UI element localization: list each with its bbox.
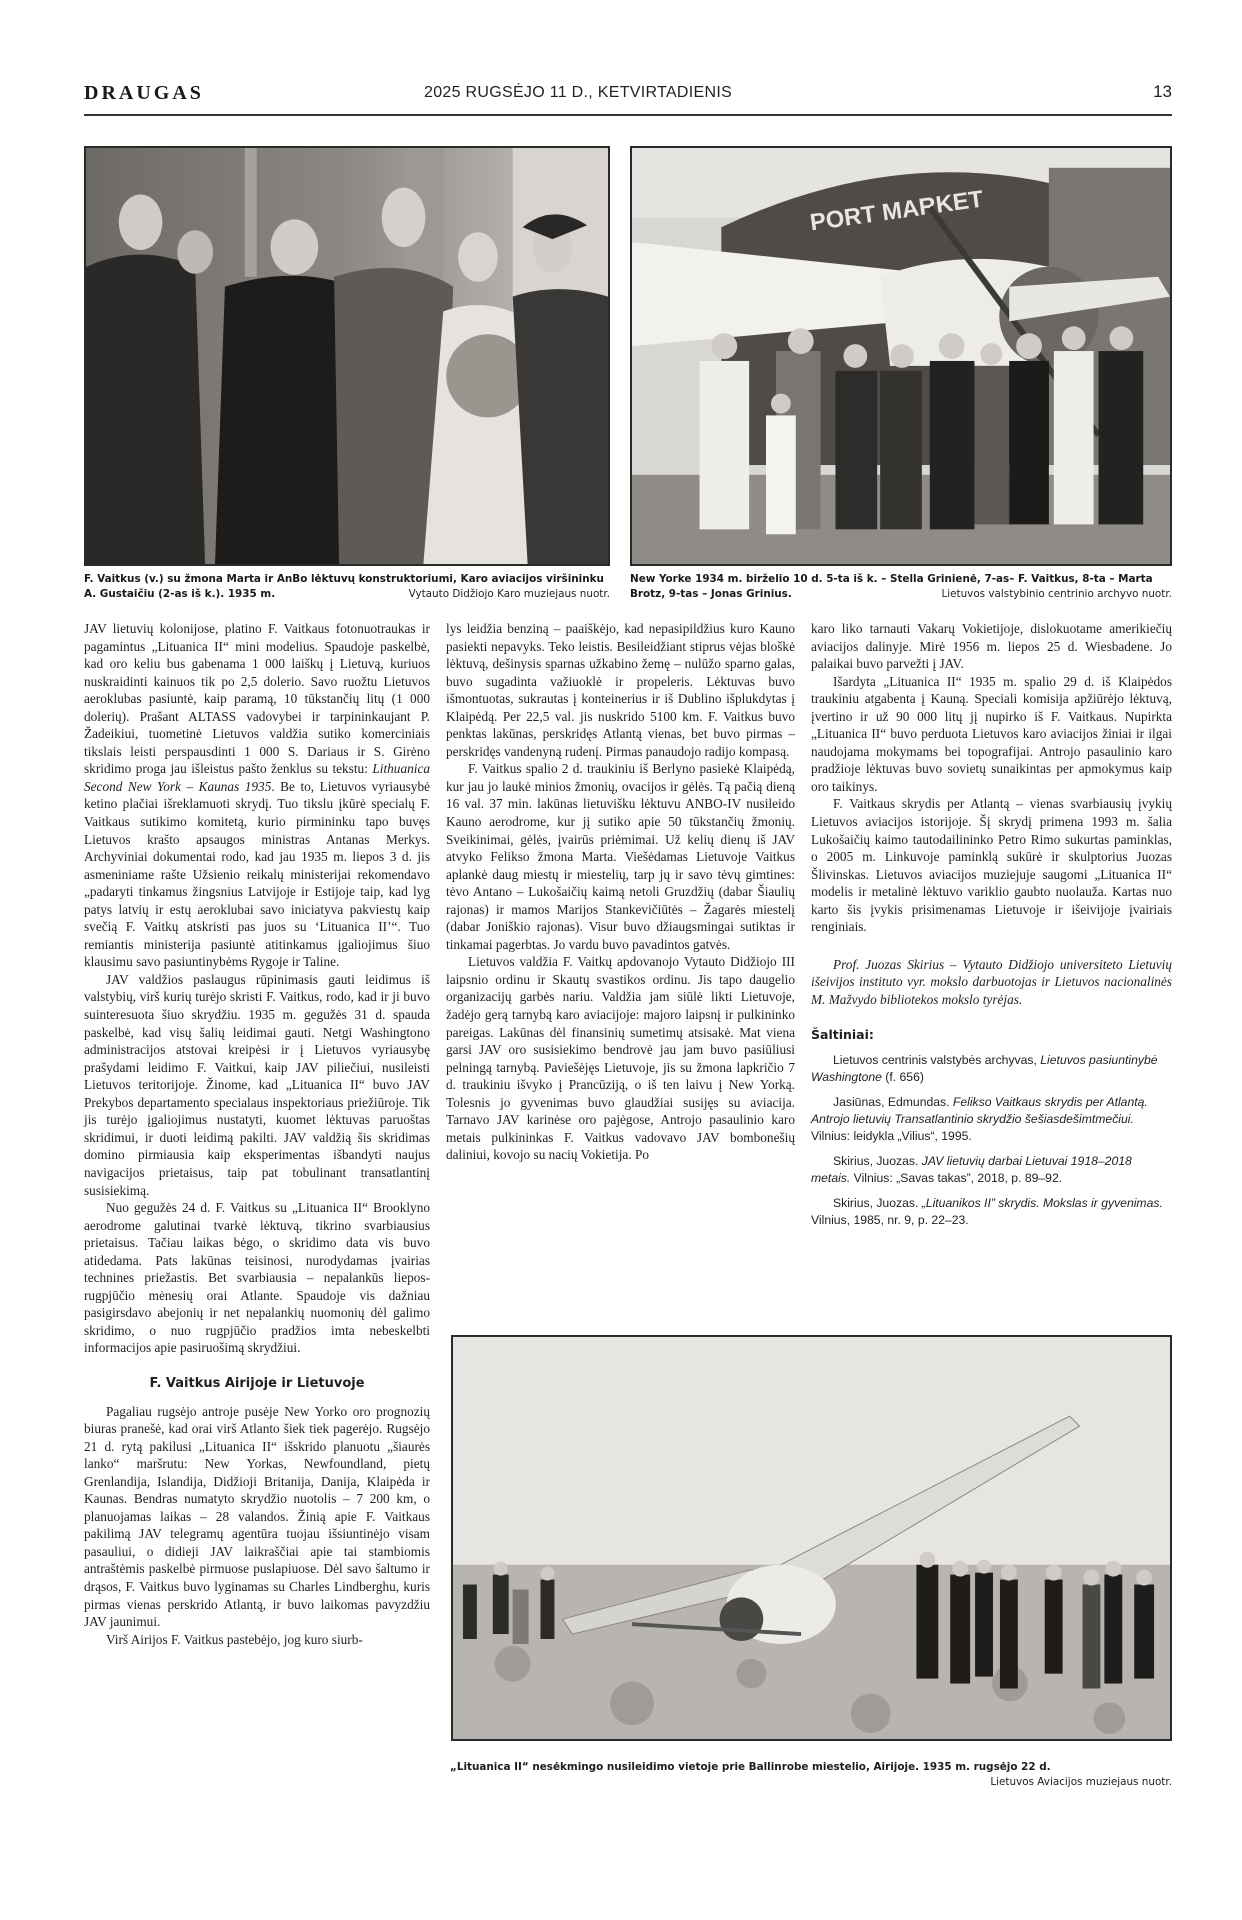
paragraph: karo liko tarnauti Vakarų Vokietijoje, d… <box>811 620 1172 673</box>
photo-credit: Vytauto Didžiojo Karo muziejaus nuotr. <box>409 587 610 602</box>
photo-caption: New Yorke 1934 m. birželio 10 d. 5-ta iš… <box>630 572 1172 602</box>
article-column-1: JAV lietuvių kolonijose, platino F. Vait… <box>84 620 430 1648</box>
page-header: DRAUGAS 2025 RUGSĖJO 11 D., KETVIRTADIEN… <box>84 74 1172 114</box>
source-entry: Lietuvos centrinis valstybės archyvas, L… <box>811 1052 1172 1086</box>
paragraph: lys leidžia benziną – paaiškėjo, kad nep… <box>446 620 795 760</box>
source-entry: Jasiūnas, Edmundas. Felikso Vaitkaus skr… <box>811 1094 1172 1145</box>
airplane-group-image: PORT MARKET <box>632 148 1170 564</box>
section-subheading: F. Vaitkus Airijoje ir Lietuvoje <box>84 1375 430 1393</box>
paragraph: JAV valdžios paslaugus rūpinimasis gauti… <box>84 971 430 1199</box>
sources-heading: Šaltiniai: <box>811 1026 1172 1044</box>
photo-caption: „Lituanica II“ nesėkmingo nusileidimo vi… <box>450 1760 1172 1790</box>
photo-crash-site <box>451 1335 1172 1741</box>
paragraph: Virš Airijos F. Vaitkus pastebėjo, jog k… <box>84 1631 430 1649</box>
paragraph: F. Vaitkus spalio 2 d. traukiniu iš Berl… <box>446 760 795 953</box>
article-column-2: lys leidžia benziną – paaiškėjo, kad nep… <box>446 620 795 1164</box>
paragraph: Pagaliau rugsėjo antroje pusėje New York… <box>84 1403 430 1631</box>
photo-caption: F. Vaitkus (v.) su žmona Marta ir AnBo l… <box>84 572 610 602</box>
paragraph: Nuo gegužės 24 d. F. Vaitkus su „Lituani… <box>84 1199 430 1357</box>
article-column-3: karo liko tarnauti Vakarų Vokietijoje, d… <box>811 620 1172 1237</box>
crash-site-image <box>453 1337 1170 1739</box>
author-bio: Prof. Juozas Skirius – Vytauto Didžiojo … <box>811 956 1172 1009</box>
header-divider <box>84 114 1172 116</box>
photo-group-portrait <box>84 146 610 566</box>
issue-date: 2025 RUGSĖJO 11 D., KETVIRTADIENIS <box>424 84 732 102</box>
photo-credit: Lietuvos valstybinio centrinio archyvo n… <box>941 587 1172 602</box>
newspaper-title: DRAUGAS <box>84 82 204 105</box>
paragraph: Išardyta „Lituanica II“ 1935 m. spalio 2… <box>811 673 1172 796</box>
source-entry: Skirius, Juozas. „Lituanikos II” skrydis… <box>811 1195 1172 1229</box>
paragraph: Lietuvos valdžia F. Vaitkų apdovanojo Vy… <box>446 953 795 1164</box>
photo-airplane-group: PORT MARKET <box>630 146 1172 566</box>
paragraph: F. Vaitkaus skrydis per Atlantą – vienas… <box>811 795 1172 935</box>
caption-text: „Lituanica II“ nesėkmingo nusileidimo vi… <box>450 1760 1172 1775</box>
photo-credit: Lietuvos Aviacijos muziejaus nuotr. <box>450 1775 1172 1790</box>
source-entry: Skirius, Juozas. JAV lietuvių darbai Lie… <box>811 1153 1172 1187</box>
page-number: 13 <box>1153 82 1172 102</box>
group-portrait-image <box>86 148 608 564</box>
paragraph: JAV lietuvių kolonijose, platino F. Vait… <box>84 620 430 971</box>
